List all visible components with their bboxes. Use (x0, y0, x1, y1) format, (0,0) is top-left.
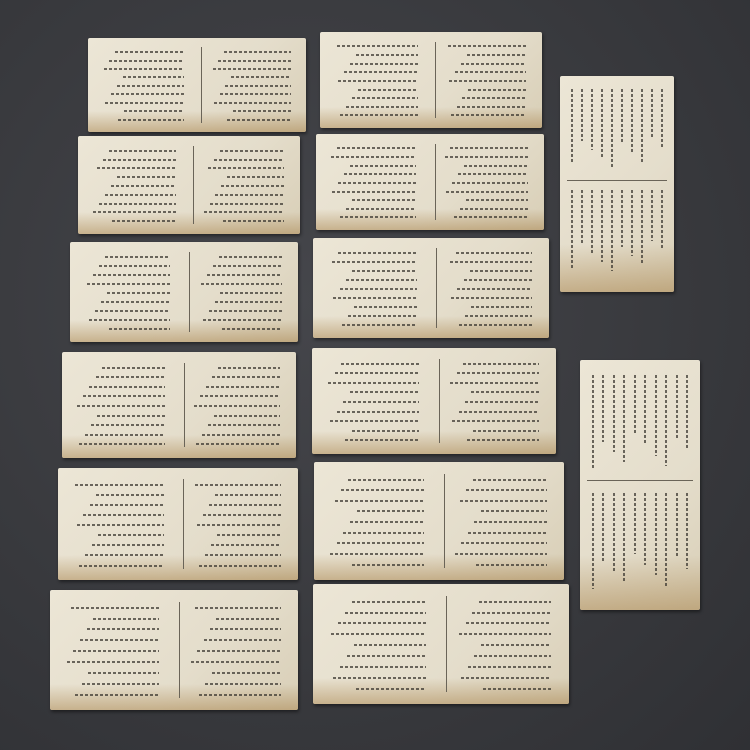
printed-text-block (189, 607, 281, 696)
paper-card (313, 238, 549, 338)
card-divider (587, 480, 693, 481)
paper-card (316, 134, 544, 230)
paper-card (88, 38, 306, 132)
paper-card (70, 242, 298, 342)
card-divider (193, 146, 194, 224)
printed-text-block (327, 252, 417, 326)
printed-text-block (202, 150, 284, 223)
paper-card (78, 136, 300, 234)
card-divider (435, 42, 436, 119)
card-divider (189, 252, 190, 332)
printed-text-block (592, 375, 688, 470)
paper-card (312, 348, 556, 454)
card-divider (435, 144, 436, 221)
card-divider (439, 359, 440, 444)
card-divider (567, 180, 667, 181)
printed-text-block (91, 150, 175, 223)
printed-text-block (445, 252, 532, 326)
printed-text-block (330, 147, 417, 218)
paper-card (320, 32, 542, 128)
printed-text-block (456, 601, 551, 690)
paper-card (50, 590, 298, 710)
printed-text-block (333, 45, 417, 116)
printed-text-block (444, 147, 528, 218)
printed-text-block (327, 363, 420, 441)
printed-text-block (210, 51, 291, 121)
paper-card (58, 468, 298, 580)
printed-text-block (571, 89, 662, 171)
card-divider (201, 47, 202, 122)
card-divider (444, 474, 445, 568)
paper-card (580, 360, 700, 610)
card-divider (436, 248, 437, 328)
printed-text-block (449, 363, 539, 441)
paper-card (560, 76, 674, 292)
paper-card (314, 462, 564, 580)
printed-text-block (329, 479, 424, 566)
printed-text-block (454, 479, 547, 566)
printed-text-block (571, 190, 662, 274)
printed-text-block (65, 607, 159, 696)
paper-card (62, 352, 296, 458)
card-divider (184, 363, 185, 448)
printed-text-block (72, 484, 163, 567)
paper-card (313, 584, 569, 704)
printed-text-block (592, 493, 688, 591)
card-divider (179, 602, 180, 698)
printed-text-block (101, 51, 184, 121)
printed-text-block (328, 601, 425, 690)
printed-text-block (444, 45, 526, 116)
printed-text-block (198, 256, 282, 330)
card-divider (446, 596, 447, 692)
printed-text-block (193, 367, 280, 445)
printed-text-block (84, 256, 171, 330)
printed-text-block (192, 484, 281, 567)
card-divider (183, 479, 184, 569)
printed-text-block (76, 367, 165, 445)
